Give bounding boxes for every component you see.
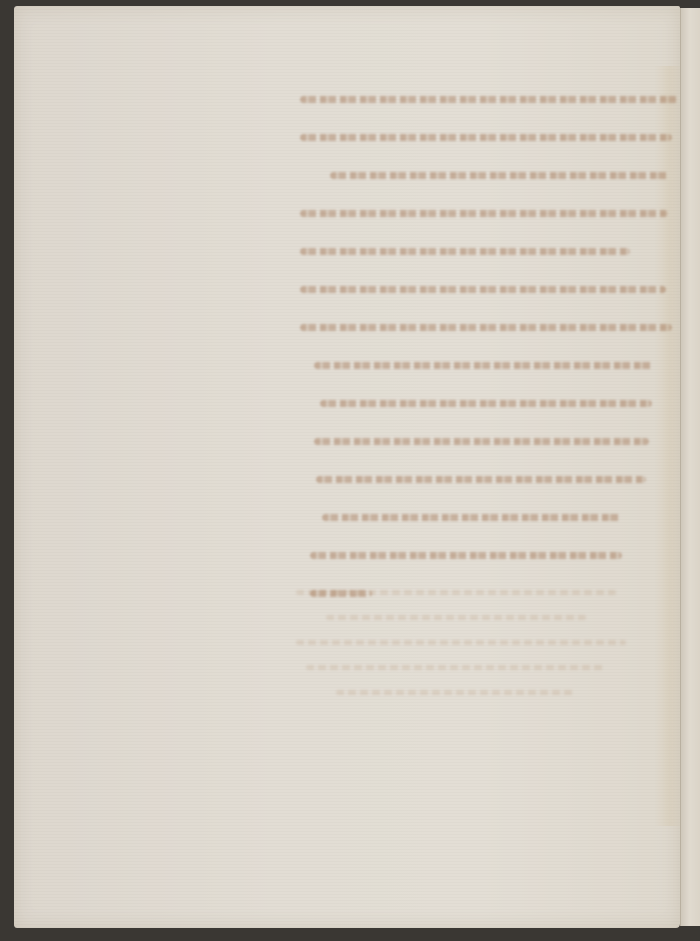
- text-line: [300, 320, 680, 335]
- text-line: [300, 358, 680, 373]
- text-line: [300, 434, 680, 449]
- text-line: [300, 168, 680, 183]
- text-line: [300, 282, 680, 297]
- text-line: [300, 92, 680, 107]
- text-line: [300, 244, 680, 259]
- faint-lower-text: [296, 590, 636, 715]
- adjacent-leaf-edge: [680, 8, 700, 926]
- text-line: [300, 396, 680, 411]
- handwritten-text-block: [300, 92, 680, 624]
- text-line: [300, 472, 680, 487]
- text-line: [300, 510, 680, 525]
- text-line: [300, 130, 680, 145]
- text-line: [300, 206, 680, 221]
- text-line: [300, 548, 680, 563]
